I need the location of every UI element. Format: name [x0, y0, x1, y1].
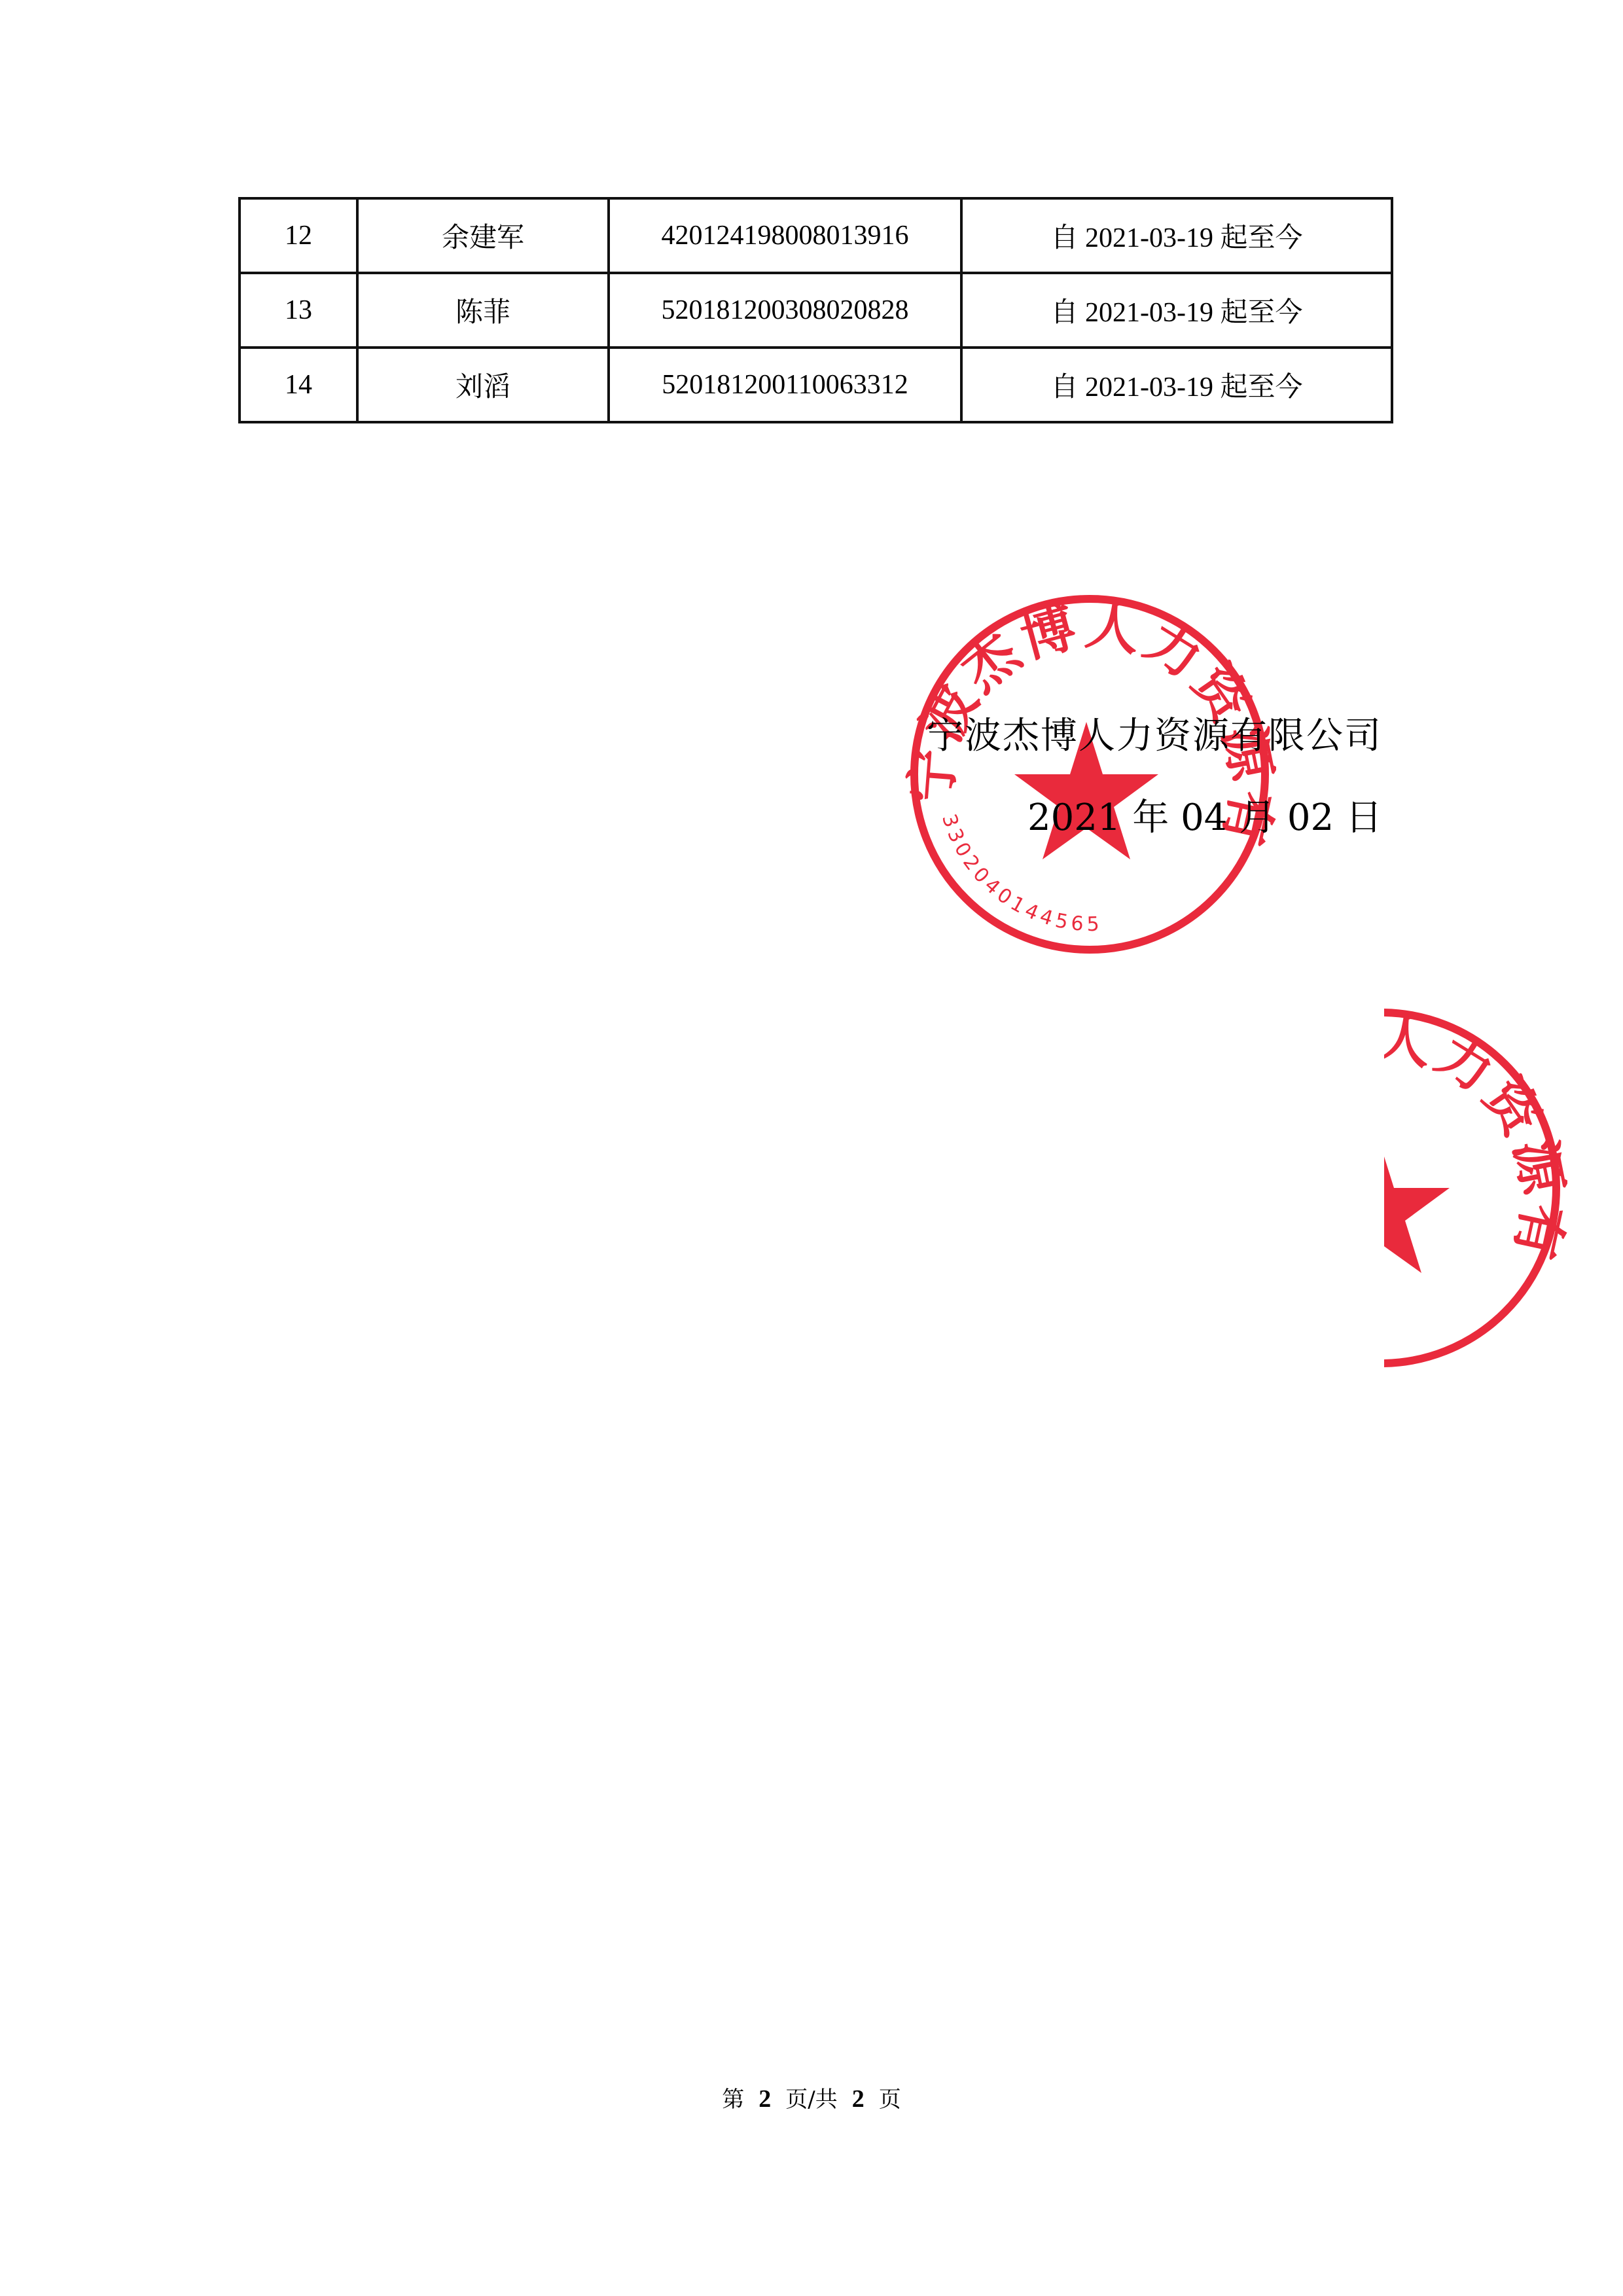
page-footer: 第2页/共2页	[0, 2081, 1623, 2113]
table-row: 12 余建军 420124198008013916 自 2021-03-19 起…	[240, 198, 1392, 273]
row-period: 自 2021-03-19 起至今	[961, 348, 1392, 422]
row-index: 14	[240, 348, 357, 422]
riding-seal-icon: 宁波杰博人力资源有限公司	[1384, 1001, 1567, 1374]
table-row: 14 刘滔 520181200110063312 自 2021-03-19 起至…	[240, 348, 1392, 422]
staff-table: 12 余建军 420124198008013916 自 2021-03-19 起…	[238, 197, 1393, 423]
signature-date: 2021 年 04 月 02 日	[1027, 789, 1382, 841]
current-page: 2	[758, 2085, 771, 2113]
row-name: 陈菲	[357, 273, 609, 348]
row-id-number: 420124198008013916	[609, 198, 961, 273]
signature-company: 宁波杰博人力资源有限公司	[927, 707, 1382, 759]
row-name: 刘滔	[357, 348, 609, 422]
row-id-number: 520181200308020828	[609, 273, 961, 348]
svg-text:宁波杰博人力资源有限公司: 宁波杰博人力资源有限公司	[1384, 1001, 1567, 1268]
row-period: 自 2021-03-19 起至今	[961, 198, 1392, 273]
table-row: 13 陈菲 520181200308020828 自 2021-03-19 起至…	[240, 273, 1392, 348]
total-pages: 2	[852, 2085, 865, 2113]
row-index: 13	[240, 273, 357, 348]
row-id-number: 520181200110063312	[609, 348, 961, 422]
document-page: 12 余建军 420124198008013916 自 2021-03-19 起…	[0, 0, 1623, 2296]
footer-suffix: 页	[879, 2087, 901, 2113]
row-index: 12	[240, 198, 357, 273]
row-name: 余建军	[357, 198, 609, 273]
footer-prefix: 第	[722, 2087, 744, 2113]
footer-middle: 页/共	[785, 2087, 837, 2113]
riding-seal-clip: 宁波杰博人力资源有限公司	[1384, 1001, 1623, 1381]
company-seal-icon: 宁波杰博人力资源有限公司 3302040144565	[903, 588, 1276, 961]
row-period: 自 2021-03-19 起至今	[961, 273, 1392, 348]
